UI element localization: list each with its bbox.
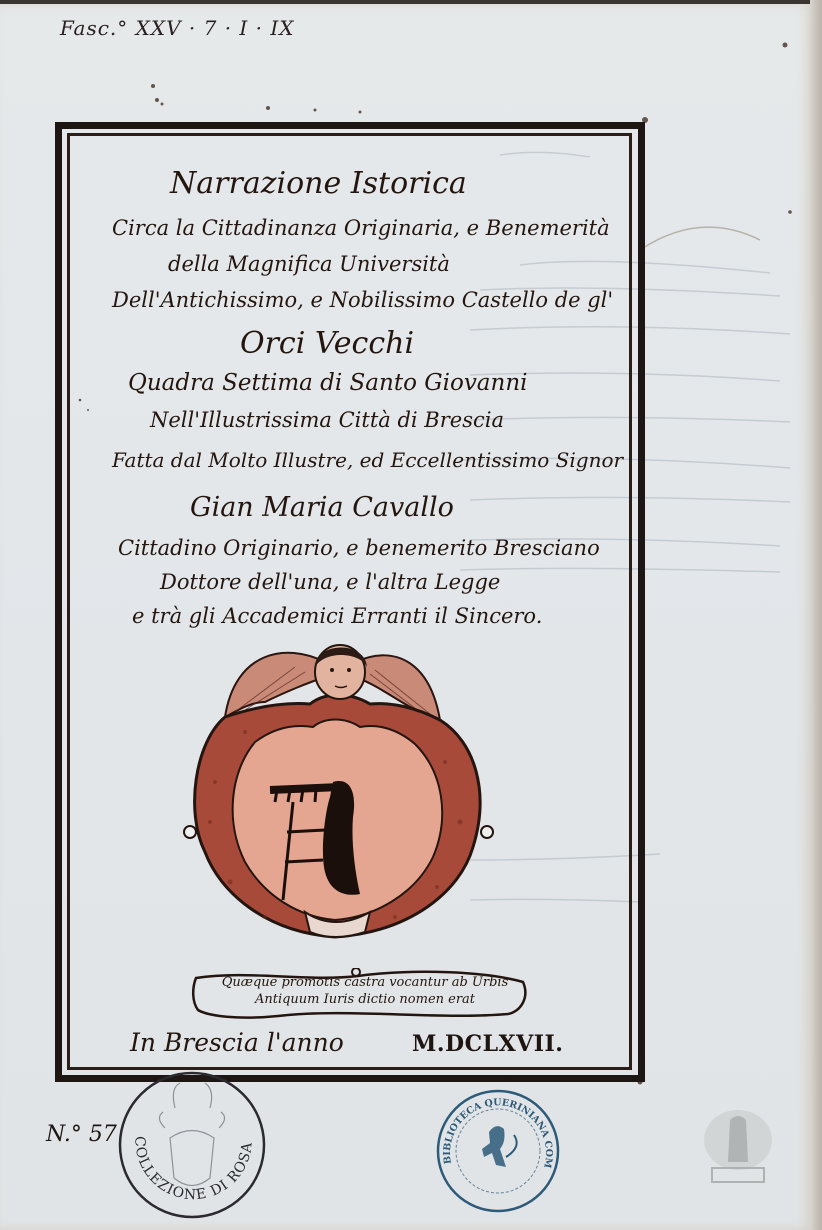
title-line: Fatta dal Molto Illustre, ed Eccellentis…: [112, 448, 623, 472]
queriniana-library-stamp-icon: BIBLIOTECA QUERINIANA COMUNALE IN BRESCI…: [434, 1087, 562, 1215]
page-edge: [810, 0, 822, 1230]
collezione-di-rosa-stamp-icon: COLLEZIONE DI ROSA: [115, 1068, 269, 1222]
title-line: Cittadino Originario, e benemerito Bresc…: [118, 536, 600, 560]
collection-number: N.° 57: [46, 1122, 117, 1147]
rosa-stamp-label: COLLEZIONE DI ROSA: [131, 1136, 255, 1203]
coat-of-arms-icon: [175, 632, 505, 952]
motto-line-2: Antiquum Iuris dictio nomen erat: [205, 991, 525, 1008]
title-line: Orci Vecchi: [240, 326, 414, 361]
title-line: della Magnifica Università: [168, 252, 450, 276]
title-line: Dottore dell'una, e l'altra Legge: [160, 570, 500, 594]
title-line: Narrazione Istorica: [170, 166, 467, 201]
svg-text:COLLEZIONE DI ROSA: COLLEZIONE DI ROSA: [131, 1136, 255, 1203]
author-name: Gian Maria Cavallo: [190, 492, 454, 523]
title-line: Nell'Illustrissima Città di Brescia: [150, 408, 504, 432]
title-line: e trà gli Accademici Erranti il Sincero.: [132, 604, 542, 628]
title-line: Quadra Settima di Santo Giovanni: [128, 370, 528, 396]
motto-text: Quæque promotis castra vocantur ab Urbis…: [205, 974, 525, 1008]
imprint-place: In Brescia l'anno: [130, 1028, 344, 1057]
title-line: Circa la Cittadinanza Originaria, e Bene…: [112, 216, 610, 240]
shelfmark: Fasc.° XXV · 7 · I · IX: [60, 16, 295, 40]
motto-line-1: Quæque promotis castra vocantur ab Urbis: [205, 974, 525, 991]
imprint-year: M.DCLXVII.: [412, 1031, 563, 1057]
title-line: Dell'Antichissimo, e Nobilissimo Castell…: [112, 288, 613, 312]
watermark-figure-icon: [700, 1106, 776, 1188]
